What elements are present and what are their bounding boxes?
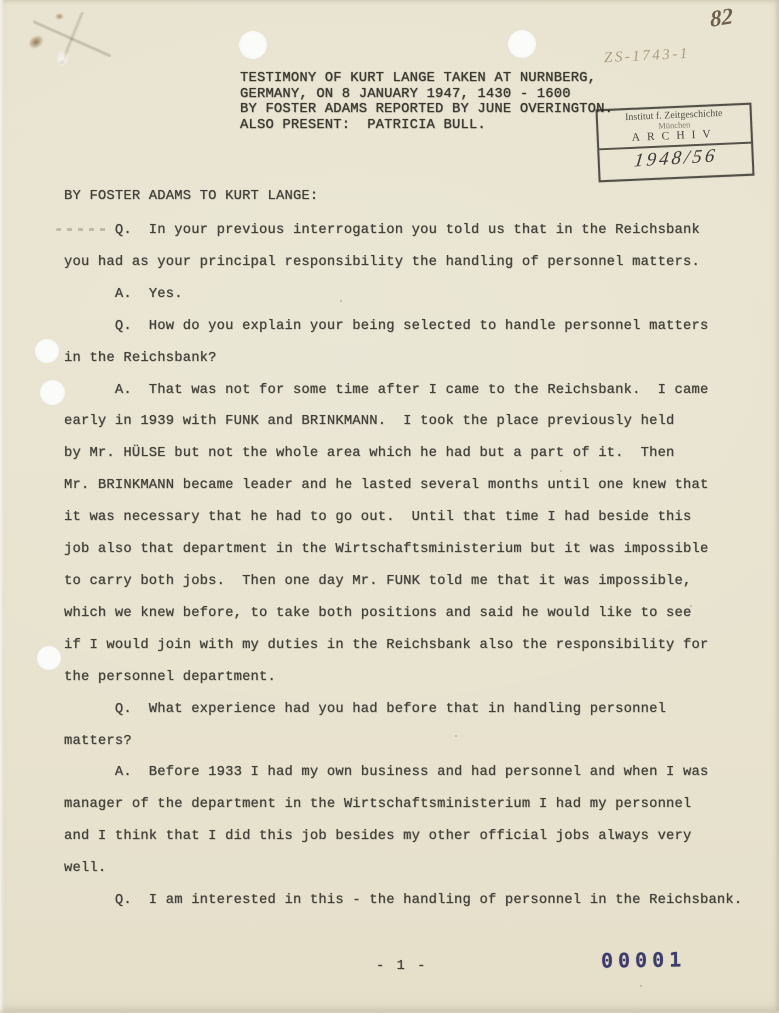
stain-mark bbox=[55, 13, 64, 20]
pencil-scribble-mark bbox=[33, 9, 111, 67]
punch-hole bbox=[37, 646, 61, 670]
typed-page-number: - 1 - bbox=[376, 959, 427, 974]
punch-hole bbox=[35, 339, 59, 363]
document-page: 82 ZS-1743-1 TESTIMONY OF KURT LANGE TAK… bbox=[0, 0, 779, 1013]
punch-hole bbox=[239, 31, 267, 59]
scan-edge-bottom bbox=[0, 1009, 779, 1013]
scan-edge-left bbox=[0, 0, 5, 1013]
punch-hole bbox=[508, 30, 536, 58]
handwritten-page-number: 82 bbox=[709, 3, 733, 33]
paper-speck bbox=[640, 985, 642, 987]
stain-mark bbox=[56, 50, 69, 66]
testimony-body-text: Q. In your previous interrogation you to… bbox=[64, 215, 742, 917]
document-number-stamp: 00001 bbox=[601, 947, 687, 972]
document-title-block: TESTIMONY OF KURT LANGE TAKEN AT NURNBER… bbox=[240, 71, 613, 133]
archive-stamp: Institut f. Zeitgeschichte München ARCHI… bbox=[595, 103, 754, 183]
archive-reference-pencil: ZS-1743-1 bbox=[604, 46, 691, 67]
interrogation-attribution-line: BY FOSTER ADAMS TO KURT LANGE: bbox=[64, 189, 318, 204]
punch-hole bbox=[40, 380, 65, 405]
